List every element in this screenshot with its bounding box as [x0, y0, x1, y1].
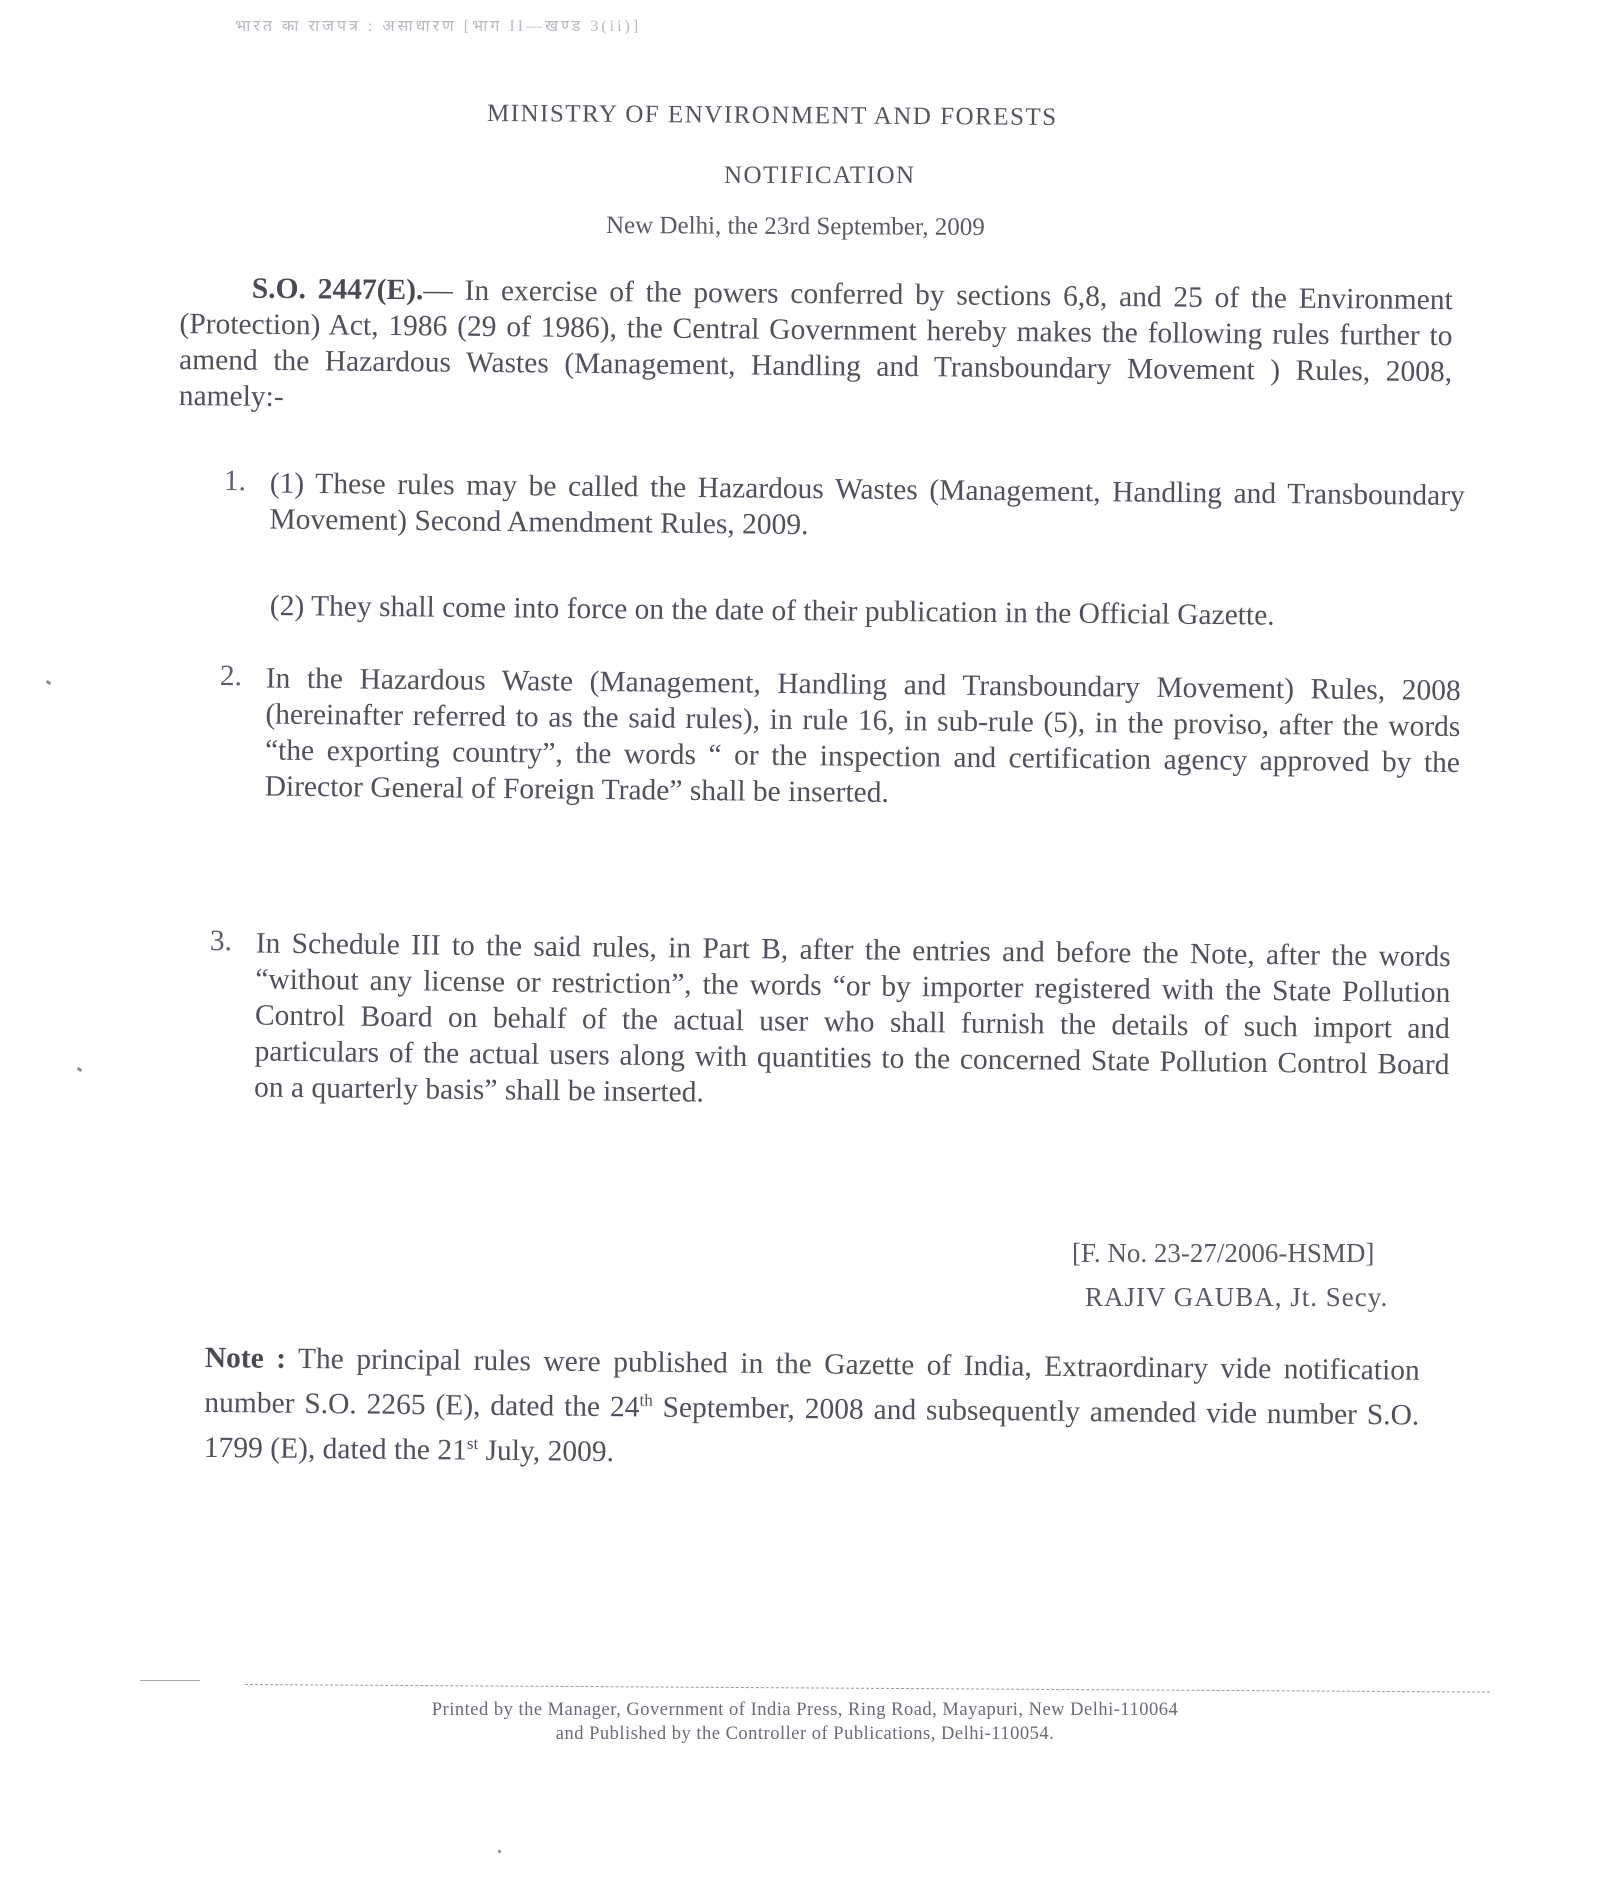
preamble-paragraph: S.O. 2447(E).— In exercise of the powers… — [179, 270, 1453, 426]
so-number: S.O. 2447(E). — [252, 273, 424, 307]
scan-speck — [77, 1067, 83, 1072]
note-text: July, 2009. — [478, 1435, 614, 1468]
dateline: New Delhi, the 23rd September, 2009 — [606, 212, 985, 242]
imprint-line-1: Printed by the Manager, Government of In… — [280, 1698, 1330, 1722]
ordinal-suffix: st — [467, 1434, 479, 1453]
gazette-page: भारत का राजपत्र : असाधारण [भाग II—खण्ड 3… — [0, 0, 1611, 1890]
note-label: Note : — [205, 1342, 287, 1375]
item-text: In the Hazardous Waste (Management, Hand… — [264, 660, 1460, 817]
scan-speck — [46, 680, 52, 685]
notification-heading: NOTIFICATION — [724, 162, 916, 190]
rule-item-3: 3. In Schedule III to the said rules, in… — [210, 925, 1465, 939]
item-text: In Schedule III to the said rules, in Pa… — [254, 926, 1451, 1120]
signatory: RAJIV GAUBA, Jt. Secy. — [1085, 1282, 1388, 1313]
ministry-heading: MINISTRY OF ENVIRONMENT AND FORESTS — [487, 100, 1207, 133]
file-number: [F. No. 23-27/2006-HSMD] — [1072, 1238, 1374, 1269]
note-paragraph: Note : The principal rules were publishe… — [204, 1340, 1420, 1479]
item-number: 3. — [210, 925, 232, 958]
printer-imprint: Printed by the Manager, Government of In… — [280, 1698, 1330, 1746]
imprint-line-2: and Published by the Controller of Publi… — [280, 1722, 1330, 1746]
scan-speck — [497, 1849, 501, 1853]
footer-divider-short — [140, 1680, 200, 1681]
rule-item-1: 1. (1) These rules may be called the Haz… — [224, 465, 1479, 478]
footer-divider — [245, 1684, 1490, 1693]
running-header-hindi: भारत का राजपत्र : असाधारण [भाग II—खण्ड 3… — [235, 14, 775, 36]
rule-item-1-subclause: (2) They shall come into force on the da… — [270, 590, 1440, 634]
item-number: 2. — [220, 660, 242, 693]
rule-item-2: 2. In the Hazardous Waste (Management, H… — [220, 660, 1475, 673]
item-number: 1. — [224, 465, 246, 498]
ordinal-suffix: th — [639, 1391, 652, 1410]
item-text: (1) These rules may be called the Hazard… — [269, 465, 1465, 550]
